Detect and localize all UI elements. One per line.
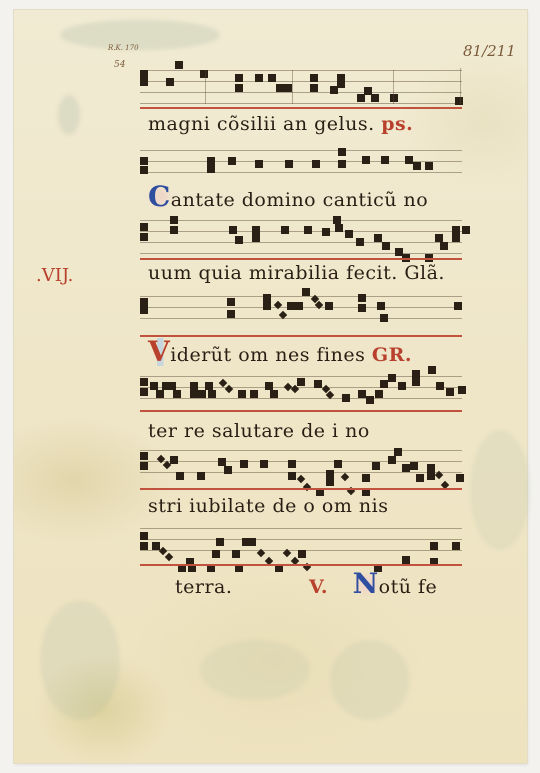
margin-marker: .VIJ.: [36, 265, 73, 286]
rubric-versicle: V.: [309, 576, 328, 598]
faded-decoration-right: [470, 430, 530, 550]
staff-6-text-rule: [140, 488, 462, 490]
lyric-text: iderũt om nes fines: [170, 344, 365, 366]
decorated-initial-c: C: [148, 183, 171, 211]
lyric-text: uum quia mirabilia fecit. Glã.: [148, 262, 445, 284]
lyric-text: antate domino canticũ no: [171, 189, 428, 211]
lyric-text: stri iubilate de o om nis: [148, 495, 388, 517]
decorated-initial-v: V: [148, 338, 170, 366]
staff-3-text-rule: [140, 258, 462, 260]
staff-1-text-rule: [140, 107, 462, 109]
faded-decoration-bottom-mid: [200, 640, 310, 700]
staff-7-text-rule: [140, 564, 462, 566]
faded-decoration-bottom-right: [330, 640, 410, 720]
lyric-text-after: otũ fe: [379, 576, 438, 598]
staff-4: [140, 296, 462, 330]
lyric-line-3: uum quia mirabilia fecit. Glã.: [148, 262, 445, 284]
lyric-line-4: Viderũt om nes fines GR.: [148, 338, 412, 366]
staff-3: [140, 220, 462, 254]
folio-number-left: 54: [114, 60, 125, 70]
lyric-line-6: stri iubilate de o om nis: [148, 495, 388, 517]
lyric-line-7: terra. V. Notũ fe: [175, 570, 437, 598]
faded-decoration-left-scroll: [58, 95, 80, 135]
staff-4-text-rule: [140, 335, 462, 337]
folio-number-right: 81/211: [463, 42, 516, 60]
lyric-text: magni cõsilii an gelus.: [148, 113, 375, 135]
lyric-line-5: ter re salutare de i no: [148, 420, 370, 442]
staff-7: [140, 528, 462, 562]
staff-5-text-rule: [140, 410, 462, 412]
staff-1: [140, 70, 462, 104]
lyric-text: terra.: [175, 576, 232, 598]
staff-6: [140, 450, 462, 484]
decorated-initial-n: N: [353, 570, 379, 598]
lyric-text: ter re salutare de i no: [148, 420, 370, 442]
faded-decoration-bottom-left: [40, 600, 120, 720]
rubric-gradual: GR.: [372, 344, 412, 366]
staff-5: [140, 376, 462, 410]
faded-decoration-top: [60, 20, 220, 50]
lyric-line-1: magni cõsilii an gelus. ps.: [148, 113, 413, 135]
lyric-line-2: Cantate domino canticũ no: [148, 183, 428, 211]
staff-2: [140, 150, 462, 184]
rubric-psalm: ps.: [381, 113, 413, 135]
folio-note: R.K. 170: [108, 44, 139, 52]
